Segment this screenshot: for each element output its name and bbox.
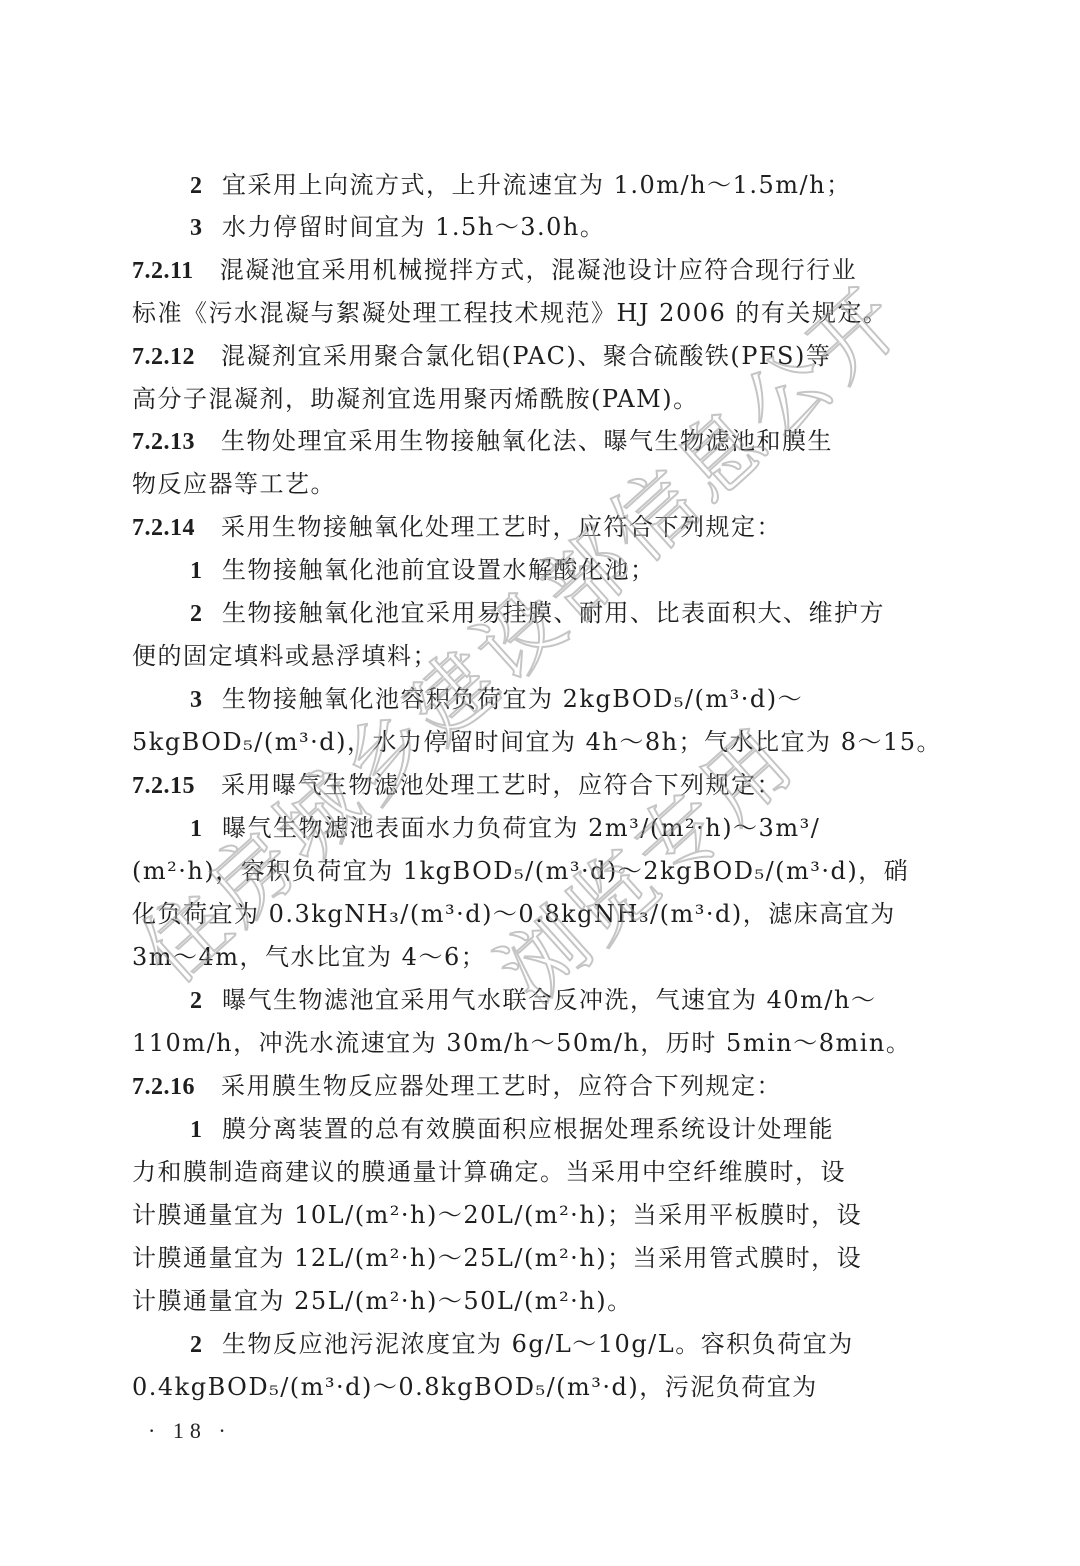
clause-line: 7.2.15采用曝气生物滤池处理工艺时，应符合下列规定： xyxy=(132,770,932,801)
line-text: 宜采用上向流方式，上升流速宜为 1.0m/h～1.5m/h； xyxy=(222,171,852,199)
continuation-line: 5kgBOD₅/(m³·d)，水力停留时间宜为 4h～8h；气水比宜为 8～15… xyxy=(132,727,932,757)
item-line: 2生物接触氧化池宜采用易挂膜、耐用、比表面积大、维护方 xyxy=(190,598,932,629)
clause-number: 7.2.12 xyxy=(132,344,195,370)
page-number: · 18 · xyxy=(148,1418,232,1444)
item-number: 2 xyxy=(190,1332,202,1358)
line-text: 物反应器等工艺。 xyxy=(132,470,336,498)
line-text: 力和膜制造商建议的膜通量计算确定。当采用中空纤维膜时，设 xyxy=(132,1158,846,1186)
item-line: 2生物反应池污泥浓度宜为 6g/L～10g/L。容积负荷宜为 xyxy=(190,1329,932,1360)
clause-number: 7.2.11 xyxy=(132,258,194,284)
item-line: 2曝气生物滤池宜采用气水联合反冲洗，气速宜为 40m/h～ xyxy=(190,985,932,1016)
line-text: 计膜通量宜为 12L/(m²·h)～25L/(m²·h)；当采用管式膜时，设 xyxy=(132,1244,862,1272)
line-text: 采用生物接触氧化处理工艺时，应符合下列规定： xyxy=(221,513,782,541)
item-number: 1 xyxy=(190,816,202,842)
line-text: 0.4kgBOD₅/(m³·d)～0.8kgBOD₅/(m³·d)，污泥负荷宜为 xyxy=(132,1373,818,1401)
clause-number: 7.2.15 xyxy=(132,773,195,799)
line-text: 生物反应池污泥浓度宜为 6g/L～10g/L。容积负荷宜为 xyxy=(222,1330,854,1358)
line-text: 采用膜生物反应器处理工艺时，应符合下列规定： xyxy=(221,1072,782,1100)
clause-number: 7.2.13 xyxy=(132,429,195,455)
clause-line: 7.2.14采用生物接触氧化处理工艺时，应符合下列规定： xyxy=(132,512,932,543)
line-text: 水力停留时间宜为 1.5h～3.0h。 xyxy=(222,213,605,241)
continuation-line: 标准《污水混凝与絮凝处理工程技术规范》HJ 2006 的有关规定。 xyxy=(132,298,932,328)
line-text: 计膜通量宜为 10L/(m²·h)～20L/(m²·h)；当采用平板膜时，设 xyxy=(132,1201,862,1229)
line-text: 生物接触氧化池容积负荷宜为 2kgBOD₅/(m³·d)～ xyxy=(222,685,803,713)
item-line: 1生物接触氧化池前宜设置水解酸化池； xyxy=(190,555,932,586)
continuation-line: 0.4kgBOD₅/(m³·d)～0.8kgBOD₅/(m³·d)，污泥负荷宜为 xyxy=(132,1372,932,1402)
line-text: (m²·h)，容积负荷宜为 1kgBOD₅/(m³·d)～2kgBOD₅/(m³… xyxy=(132,857,909,885)
clause-line: 7.2.12混凝剂宜采用聚合氯化铝(PAC)、聚合硫酸铁(PFS)等 xyxy=(132,341,932,372)
clause-number: 7.2.14 xyxy=(132,515,195,541)
continuation-line: 计膜通量宜为 10L/(m²·h)～20L/(m²·h)；当采用平板膜时，设 xyxy=(132,1200,932,1230)
line-text: 生物处理宜采用生物接触氧化法、曝气生物滤池和膜生 xyxy=(221,427,833,455)
item-number: 2 xyxy=(190,173,202,199)
item-line: 3生物接触氧化池容积负荷宜为 2kgBOD₅/(m³·d)～ xyxy=(190,684,932,715)
item-line: 1膜分离装置的总有效膜面积应根据处理系统设计处理能 xyxy=(190,1114,932,1145)
continuation-line: 计膜通量宜为 25L/(m²·h)～50L/(m²·h)。 xyxy=(132,1286,932,1316)
item-line: 1曝气生物滤池表面水力负荷宜为 2m³/(m²·h)～3m³/ xyxy=(190,813,932,844)
continuation-line: 化负荷宜为 0.3kgNH₃/(m³·d)～0.8kgNH₃/(m³·d)，滤床… xyxy=(132,899,932,929)
continuation-line: 便的固定填料或悬浮填料； xyxy=(132,641,932,671)
line-text: 高分子混凝剂，助凝剂宜选用聚丙烯酰胺(PAM)。 xyxy=(132,385,699,413)
clause-line: 7.2.13生物处理宜采用生物接触氧化法、曝气生物滤池和膜生 xyxy=(132,426,932,457)
item-number: 2 xyxy=(190,601,202,627)
clause-number: 7.2.16 xyxy=(132,1074,195,1100)
continuation-line: (m²·h)，容积负荷宜为 1kgBOD₅/(m³·d)～2kgBOD₅/(m³… xyxy=(132,856,932,886)
line-text: 膜分离装置的总有效膜面积应根据处理系统设计处理能 xyxy=(222,1115,834,1143)
line-text: 110m/h，冲洗水流速宜为 30m/h～50m/h，历时 5min～8min。 xyxy=(132,1029,911,1057)
line-text: 便的固定填料或悬浮填料； xyxy=(132,642,438,670)
continuation-line: 110m/h，冲洗水流速宜为 30m/h～50m/h，历时 5min～8min。 xyxy=(132,1028,932,1058)
line-text: 曝气生物滤池表面水力负荷宜为 2m³/(m²·h)～3m³/ xyxy=(222,814,820,842)
item-number: 3 xyxy=(190,687,202,713)
continuation-line: 力和膜制造商建议的膜通量计算确定。当采用中空纤维膜时，设 xyxy=(132,1157,932,1187)
continuation-line: 3m～4m，气水比宜为 4～6； xyxy=(132,942,932,972)
line-text: 3m～4m，气水比宜为 4～6； xyxy=(132,943,486,971)
item-number: 2 xyxy=(190,988,202,1014)
clause-line: 7.2.16采用膜生物反应器处理工艺时，应符合下列规定： xyxy=(132,1071,932,1102)
item-line: 3水力停留时间宜为 1.5h～3.0h。 xyxy=(190,212,932,243)
clause-line: 7.2.11混凝池宜采用机械搅拌方式，混凝池设计应符合现行行业 xyxy=(132,255,932,286)
line-text: 标准《污水混凝与絮凝处理工程技术规范》HJ 2006 的有关规定。 xyxy=(132,299,888,327)
line-text: 采用曝气生物滤池处理工艺时，应符合下列规定： xyxy=(221,771,782,799)
line-text: 混凝剂宜采用聚合氯化铝(PAC)、聚合硫酸铁(PFS)等 xyxy=(221,342,831,370)
line-text: 生物接触氧化池宜采用易挂膜、耐用、比表面积大、维护方 xyxy=(222,599,885,627)
continuation-line: 物反应器等工艺。 xyxy=(132,469,932,499)
document-page: 2宜采用上向流方式，上升流速宜为 1.0m/h～1.5m/h； 3水力停留时间宜… xyxy=(0,0,1080,1566)
item-line: 2宜采用上向流方式，上升流速宜为 1.0m/h～1.5m/h； xyxy=(190,170,932,201)
line-text: 生物接触氧化池前宜设置水解酸化池； xyxy=(222,556,656,584)
line-text: 曝气生物滤池宜采用气水联合反冲洗，气速宜为 40m/h～ xyxy=(222,986,876,1014)
line-text: 计膜通量宜为 25L/(m²·h)～50L/(m²·h)。 xyxy=(132,1287,633,1315)
item-number: 1 xyxy=(190,1117,202,1143)
continuation-line: 高分子混凝剂，助凝剂宜选用聚丙烯酰胺(PAM)。 xyxy=(132,384,932,414)
continuation-line: 计膜通量宜为 12L/(m²·h)～25L/(m²·h)；当采用管式膜时，设 xyxy=(132,1243,932,1273)
item-number: 1 xyxy=(190,558,202,584)
line-text: 化负荷宜为 0.3kgNH₃/(m³·d)～0.8kgNH₃/(m³·d)，滤床… xyxy=(132,900,896,928)
line-text: 混凝池宜采用机械搅拌方式，混凝池设计应符合现行行业 xyxy=(220,256,858,284)
line-text: 5kgBOD₅/(m³·d)，水力停留时间宜为 4h～8h；气水比宜为 8～15… xyxy=(132,728,942,756)
item-number: 3 xyxy=(190,215,202,241)
